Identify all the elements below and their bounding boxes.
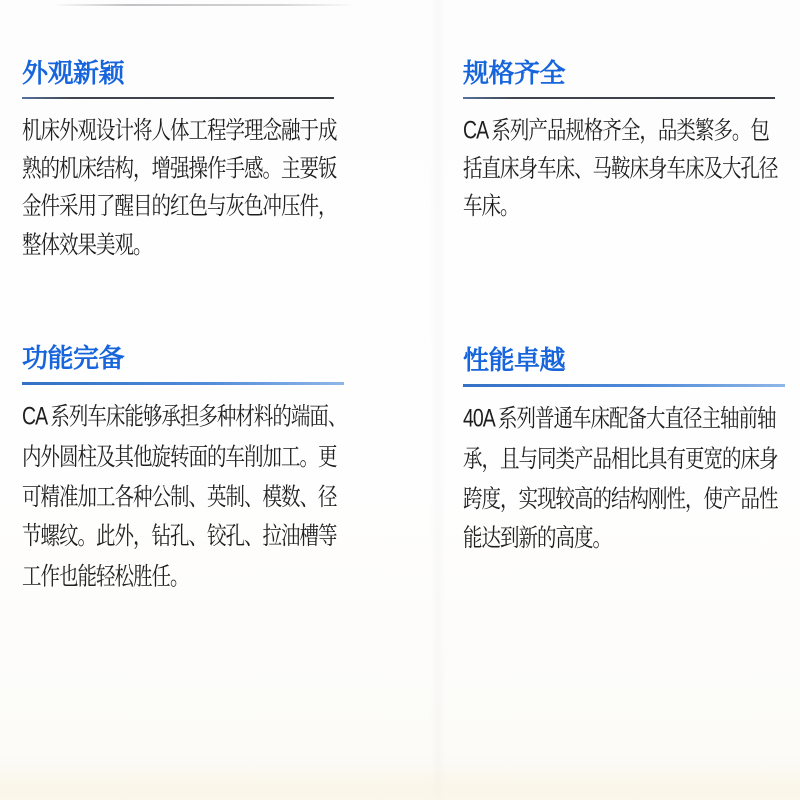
photo-artifact-bottom-band: [0, 762, 800, 800]
section-appearance: 外观新颖 机床外观设计将人体工程学理念融于成 熟的机床结构，增强操作手感。主要钣…: [22, 56, 352, 233]
section-body-performance: 40A 系列普通车床配备大直径主轴前轴 承，且与同类产品相比具有更宽的床身 跨度…: [463, 400, 793, 560]
title-underline-performance: [463, 384, 785, 387]
section-functions: 功能完备 CA 系列车床能够承担多种材料的端面、 内外圆柱及其他旋转面的车削加工…: [22, 341, 352, 557]
title-underline-functions: [22, 382, 344, 385]
section-specifications: 规格齐全 CA 系列产品规格齐全，品类繁多。包 括直床身车床、马鞍床身车床及大孔…: [463, 56, 793, 203]
photo-artifact-top-line: [52, 4, 357, 6]
section-body-functions: CA 系列车床能够承担多种材料的端面、 内外圆柱及其他旋转面的车削加工。更 可精…: [22, 398, 352, 598]
section-body-specifications: CA 系列产品规格齐全，品类繁多。包 括直床身车床、马鞍床身车床及大孔径 车床。: [463, 112, 793, 226]
section-body-appearance: 机床外观设计将人体工程学理念融于成 熟的机床结构，增强操作手感。主要钣 金件采用…: [22, 112, 352, 264]
section-title-performance: 性能卓越: [463, 343, 793, 377]
title-underline-appearance: [22, 97, 334, 99]
section-performance: 性能卓越 40A 系列普通车床配备大直径主轴前轴 承，且与同类产品相比具有更宽的…: [463, 343, 793, 527]
section-title-functions: 功能完备: [22, 341, 352, 375]
title-underline-specifications: [463, 97, 775, 99]
section-title-appearance: 外观新颖: [22, 56, 352, 90]
page-background: 外观新颖 机床外观设计将人体工程学理念融于成 熟的机床结构，增强操作手感。主要钣…: [0, 0, 800, 800]
photo-artifact-vertical-band: [430, 0, 446, 800]
section-title-specifications: 规格齐全: [463, 56, 793, 90]
